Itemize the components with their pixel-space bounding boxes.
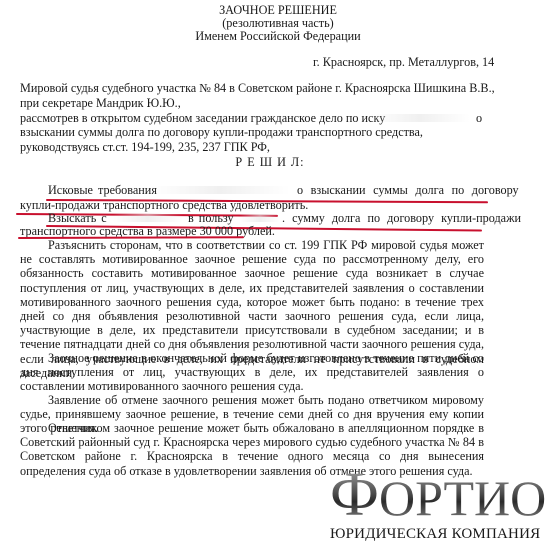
recover-part1: Взыскать с xyxy=(48,211,107,225)
redacted-plaintiff xyxy=(370,114,470,122)
claims-part2: о взыскании суммы долга по договору xyxy=(297,183,519,197)
logo-tagline: ЮРИДИЧЕСКАЯ КОМПАНИЯ xyxy=(330,525,540,543)
intro-line-judge: Мировой судья судебного участка № 84 в С… xyxy=(20,81,495,95)
redacted-claimant xyxy=(150,186,290,194)
logo-initial: Ф xyxy=(330,461,379,529)
document-location: г. Красноярск, пр. Металлургов, 14 xyxy=(313,55,494,69)
intro-line-case-end: о xyxy=(476,111,482,125)
intro-line-secretary: при секретаре Мандрик Ю.Ю., xyxy=(20,96,181,110)
document-subtitle: (резолютивная часть) xyxy=(0,16,556,30)
document-title: ЗАОЧНОЕ РЕШЕНИЕ xyxy=(0,3,556,17)
recover-part3: . сумму долга по договору купли-продажи xyxy=(282,211,521,225)
recover-part2: в пользу xyxy=(188,211,234,225)
decided-heading: Р Е Ш И Л: xyxy=(0,155,548,169)
fortio-logo: ФОРТИО xyxy=(330,470,546,523)
redacted-creditor xyxy=(240,214,280,222)
intro-line-subject: взыскании суммы долга по договору купли-… xyxy=(20,125,423,139)
paragraph-final-form: Заочное решение в окончательной форме бу… xyxy=(20,351,484,394)
redacted-defendant xyxy=(113,214,183,222)
logo-name-rest: ОРТИО xyxy=(379,470,546,526)
claims-line2: купли-продажи транспортного средства удо… xyxy=(20,198,308,212)
court-decision-document: ЗАОЧНОЕ РЕШЕНИЕ (резолютивная часть) Име… xyxy=(0,0,556,556)
document-authority: Именем Российской Федерации xyxy=(0,29,556,43)
intro-line-case: рассмотрев в открытом судебном заседании… xyxy=(20,111,385,125)
intro-line-legal-basis: руководствуясь ст.ст. 194-199, 235, 237 … xyxy=(20,140,270,154)
claims-part1: Исковые требования xyxy=(48,183,157,197)
